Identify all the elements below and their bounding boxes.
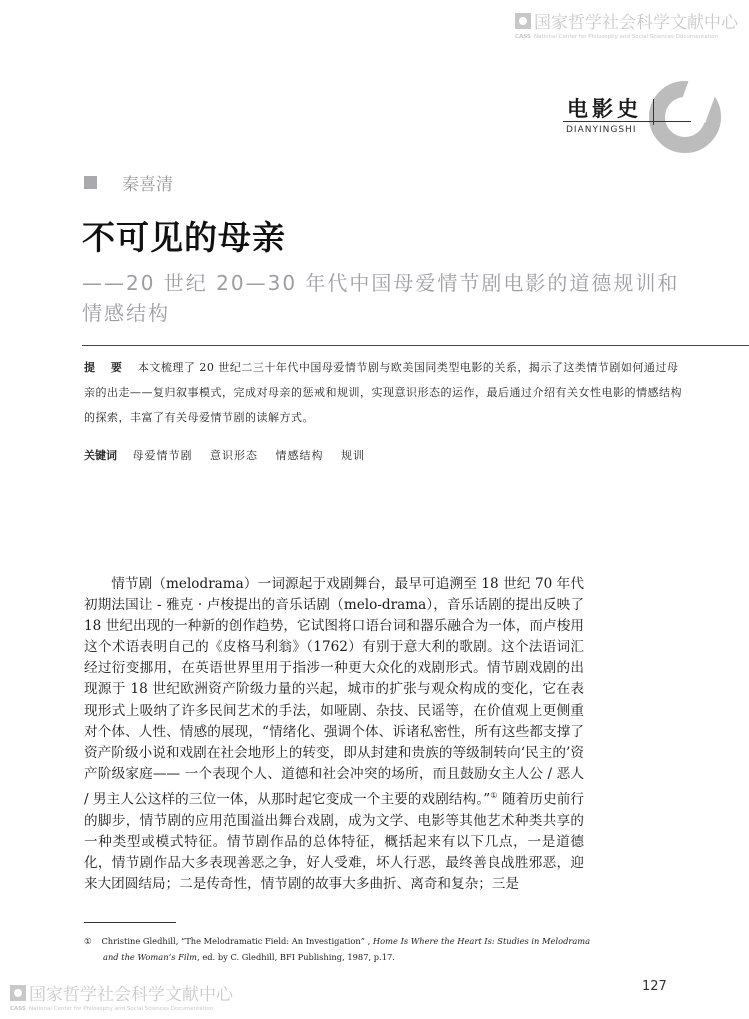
footnote-publication: , ed. by C. Gledhill, BFI Publishing, 19… xyxy=(197,952,395,962)
footnote-separator: , xyxy=(365,936,373,946)
section-title: 电影史 xyxy=(567,93,642,123)
body-text: 情节剧（melodrama）一词源起于戏剧舞台，最早可追溯至 18 世纪 70 … xyxy=(84,574,584,895)
square-bullet-icon xyxy=(84,176,97,189)
ink-circle-icon xyxy=(649,81,721,153)
paragraph: 情节剧（melodrama）一词源起于戏剧舞台，最早可追溯至 18 世纪 70 … xyxy=(84,574,584,895)
author: 秦喜清 xyxy=(84,170,173,195)
paragraph-text: 情节剧（melodrama）一词源起于戏剧舞台，最早可追溯至 18 世纪 70 … xyxy=(84,576,584,807)
abstract-label: 提 要 xyxy=(84,361,128,374)
watermark-en: National Center for Philosophy and Socia… xyxy=(29,1006,213,1012)
keyword: 规训 xyxy=(341,449,365,462)
keyword: 母爱情节剧 xyxy=(133,449,193,462)
footnote-book-title: Home Is Where the Heart Is: Studies in M… xyxy=(373,936,590,946)
watermark-top: 国家哲学社会科学文献中心 CASSNational Center for Phi… xyxy=(515,8,738,40)
author-name: 秦喜清 xyxy=(122,170,173,195)
abstract-text: 本文梳理了 20 世纪二三十年代中国母爱情节剧与欧美国同类型电影的关系，揭示了这… xyxy=(84,361,682,424)
section-title-en: DIANYINGSHI xyxy=(566,125,636,135)
watermark-en: National Center for Philosophy and Socia… xyxy=(534,34,718,40)
footnote-article-title: “The Melodramatic Field: An Investigatio… xyxy=(181,936,365,946)
watermark-cn: 国家哲学社会科学文献中心 xyxy=(534,8,738,33)
abstract: 提 要本文梳理了 20 世纪二三十年代中国母爱情节剧与欧美国同类型电影的关系，揭… xyxy=(84,355,684,430)
divider xyxy=(563,121,691,122)
watermark-prefix: CASS xyxy=(515,34,531,40)
keywords: 关键词 母爱情节剧 意识形态 情感结构 规训 xyxy=(84,447,379,463)
article-title: 不可见的母亲 xyxy=(82,212,286,259)
article-subtitle: ——20 世纪 20—30 年代中国母爱情节剧电影的道德规训和情感结构 xyxy=(82,268,682,328)
footnote: ①Christine Gledhill, “The Melodramatic F… xyxy=(84,933,604,965)
watermark-cn: 国家哲学社会科学文献中心 xyxy=(29,980,233,1005)
ncpssd-logo-icon xyxy=(515,13,531,29)
footnote-number: ① xyxy=(84,936,91,946)
keyword: 情感结构 xyxy=(276,449,324,462)
ncpssd-logo-icon xyxy=(10,985,26,1001)
divider xyxy=(82,345,749,346)
section-header: 电影史 DIANYINGSHI xyxy=(563,93,723,153)
page-number: 127 xyxy=(642,979,667,994)
watermark-bottom: 国家哲学社会科学文献中心 CASSNational Center for Phi… xyxy=(10,980,233,1012)
footnote-divider xyxy=(84,922,176,923)
keywords-label: 关键词 xyxy=(84,449,117,462)
keyword: 意识形态 xyxy=(210,449,258,462)
footnote-author: Christine Gledhill, xyxy=(101,936,181,946)
footnote-ref[interactable]: ① xyxy=(490,791,497,800)
footnote-book-title: and the Woman’s Film xyxy=(103,952,197,962)
watermark-prefix: CASS xyxy=(10,1006,26,1012)
